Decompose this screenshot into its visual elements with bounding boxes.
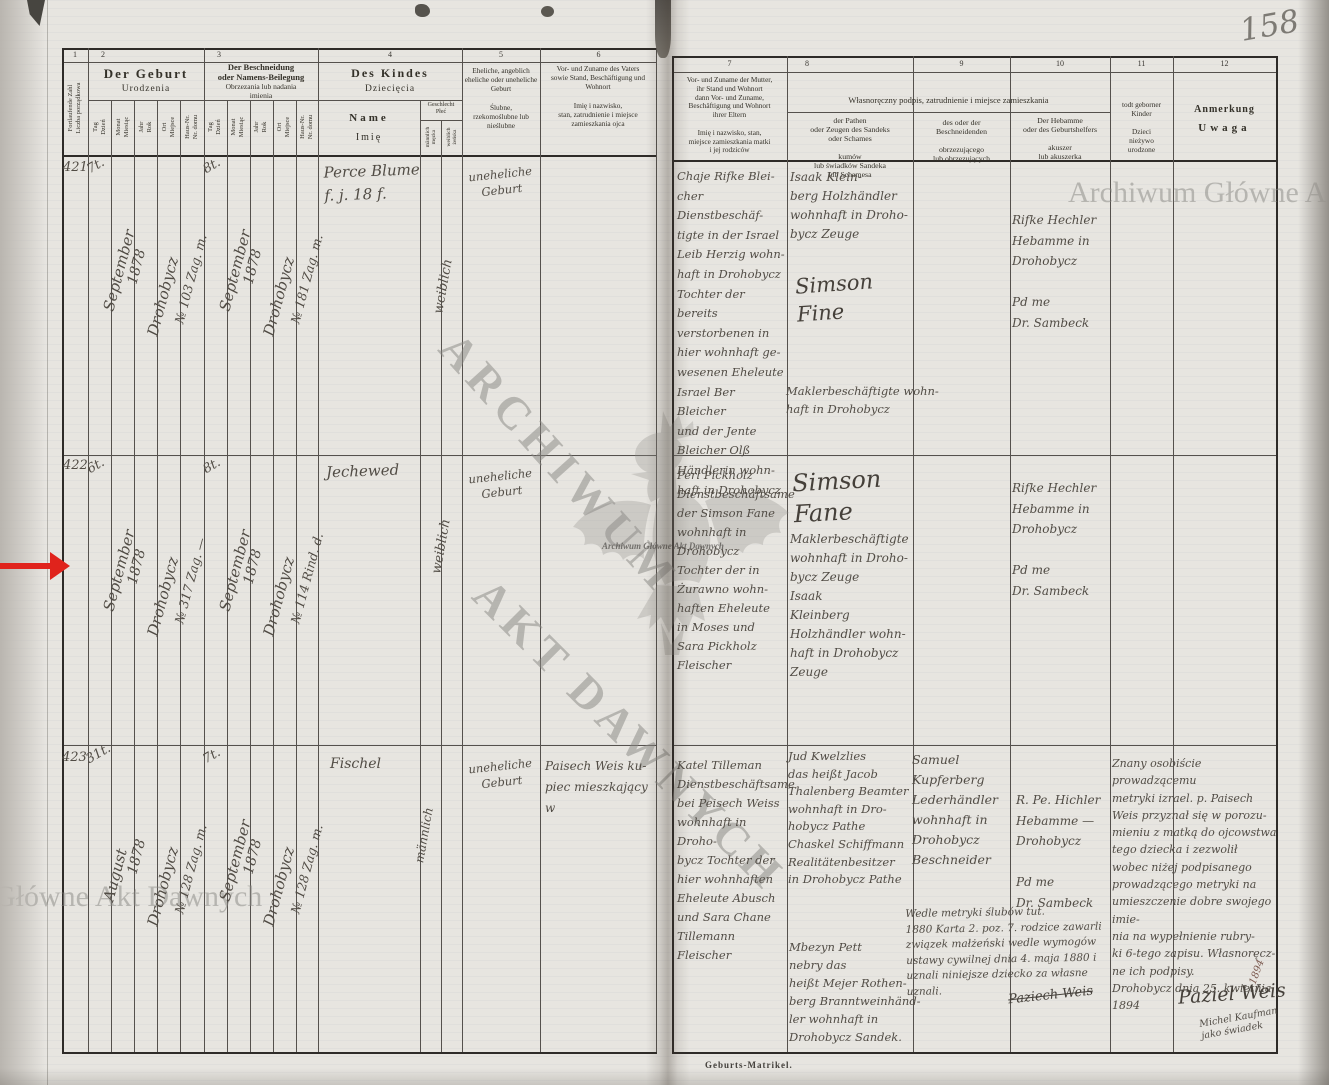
birth-year: 1878 bbox=[125, 837, 150, 876]
column-number-5: 5 bbox=[462, 50, 540, 59]
column-number-1: 1 bbox=[62, 50, 88, 59]
header-sex-label: Geschlecht Płeć bbox=[420, 102, 462, 116]
header-col12-label-pl: Uwaga bbox=[1173, 122, 1276, 134]
circumcision-place: Drohobycz bbox=[260, 255, 298, 338]
left-page-edge-shading bbox=[0, 0, 46, 1085]
sandek-entry: Mbezyn Pett nebry das heißt Mejer Rothen… bbox=[789, 938, 921, 1046]
header-birth-sub-place: Ort Miejsce bbox=[159, 101, 179, 153]
child-name: Perce Blume f. j. 18 f. bbox=[323, 158, 421, 207]
legitimacy-note: uneheliche Geburt bbox=[463, 162, 540, 202]
circumcision-place: Drohobycz bbox=[260, 555, 298, 638]
mother-entry: Chaje Rifke Blei- cher Dienstbeschäf- ti… bbox=[677, 167, 785, 500]
father-entry: Paisech Weis ku- piec mieszkający w bbox=[545, 756, 659, 819]
column-number-11: 11 bbox=[1110, 59, 1173, 68]
child-gender: weiblich bbox=[431, 258, 455, 315]
circumcision-house: № 128 Zag. m. bbox=[288, 823, 326, 915]
header-col3-subtitle: Obrzezania lub nadania imienia bbox=[204, 83, 318, 100]
column-number-8: 8 bbox=[787, 59, 827, 68]
header-birth-sub-house: Haus-Nr. Nr. domu bbox=[182, 101, 202, 153]
header-name-label-pl: Imię bbox=[318, 132, 420, 143]
marriage-legitimation-note: Wedle metryki ślubów tut. 1880 Karta 2. … bbox=[905, 903, 1137, 1000]
header-col1-label: Fortlaufende Zahl Liczba porządkowa bbox=[66, 60, 84, 156]
red-arrow-shaft bbox=[0, 563, 52, 569]
mother-entry: Katel Tilleman Dienstbeschäftsame bei Pe… bbox=[677, 756, 785, 965]
column-number-12: 12 bbox=[1173, 59, 1276, 68]
birth-place: Drohobycz bbox=[144, 255, 182, 338]
header-group-subtitle: Własnoręczny podpis, zatrudnienie i miej… bbox=[787, 95, 1110, 105]
circumciser-entry: Samuel Kupferberg Lederhändler wohnhaft … bbox=[912, 750, 998, 870]
header-name-label-de: Name bbox=[318, 112, 420, 124]
column-number-3: 3 bbox=[204, 50, 234, 59]
left-crease-line bbox=[47, 0, 48, 1085]
header-col6-text: Vor- und Zuname des Vaters sowie Stand, … bbox=[540, 64, 656, 128]
header-circ-sub-place: Ort Miejsce bbox=[274, 101, 294, 153]
legitimacy-note: uneheliche Geburt bbox=[463, 754, 540, 794]
column-number-10: 10 bbox=[1010, 59, 1110, 68]
circumcision-house: № 181 Zag. m. bbox=[288, 233, 326, 325]
witness-entry: Maklerbeschäftigte wohn- haft in Drohoby… bbox=[786, 382, 939, 418]
entry-number: 422 bbox=[63, 458, 88, 473]
witness-signature: Simson Fine bbox=[794, 267, 876, 328]
right-page-edge-shading bbox=[1298, 0, 1329, 1085]
header-col4-subtitle: Dziecięcia bbox=[318, 84, 462, 94]
header-col4-title: Des Kindes bbox=[318, 66, 462, 81]
column-number-4: 4 bbox=[318, 50, 462, 59]
header-col2-subtitle: Urodzenia bbox=[88, 84, 204, 94]
entry-number: 421 bbox=[63, 160, 88, 175]
torn-paper-mark bbox=[541, 6, 554, 17]
midwife-entry: R. Pe. Hichler Hebamme — Drohobycz Pd me… bbox=[1016, 790, 1100, 913]
binding-fold-shadow bbox=[646, 0, 690, 1085]
header-col2-title: Der Geburt bbox=[88, 66, 204, 82]
witness-entry: Jud Kwelzlies das heißt Jacob Thalenberg… bbox=[788, 748, 908, 889]
witness-entry: Maklerbeschäftigte wohnhaft in Droho- by… bbox=[790, 530, 909, 682]
watermark-top-right: Archiwum Główne Akt bbox=[1068, 176, 1329, 210]
mother-entry: Perl Pickholz Dienstbeschäftsame der Sim… bbox=[677, 466, 785, 675]
child-name: Fischel bbox=[330, 756, 381, 772]
header-circ-sub-year: Jahr Rok bbox=[251, 101, 271, 153]
witness-entry: Isaak Klein- berg Holzhändler wohnhaft i… bbox=[790, 168, 908, 244]
scanned-register-page: ARCHIWUM AKT DAWNYCH Archiwum Główne Akt… bbox=[0, 0, 1329, 1085]
header-birth-sub-year: Jahr Rok bbox=[136, 101, 156, 153]
header-birth-sub-month: Monat Miesiąc bbox=[113, 101, 133, 153]
header-circ-sub-month: Monat Miesiąc bbox=[228, 101, 248, 153]
red-arrow-head bbox=[50, 552, 70, 580]
child-gender: weiblich bbox=[429, 518, 453, 575]
circumcision-house: № 114 Rind. d. bbox=[288, 531, 327, 625]
column-number-9: 9 bbox=[913, 59, 1010, 68]
column-number-6: 6 bbox=[540, 50, 657, 59]
header-col5-text: Eheliche, angeblich eheliche oder unehel… bbox=[462, 66, 540, 130]
bottom-edge-shading bbox=[0, 1068, 1329, 1085]
header-sex-female-label: weiblich żeńska bbox=[445, 120, 459, 154]
header-birth-sub-day: Tag Dzień bbox=[90, 101, 110, 153]
midwife-entry: Rifke Hechler Hebamme in Drohobycz Pd me… bbox=[1012, 210, 1096, 333]
witness-signature: Simson Fane bbox=[791, 464, 883, 531]
header-sex-male-label: männlich męzka bbox=[424, 120, 438, 154]
header-col10-text: Der Hebamme oder des Geburtshelfers akus… bbox=[1010, 116, 1110, 161]
entry-number: 423 bbox=[62, 750, 87, 765]
child-gender: männlich bbox=[412, 806, 436, 864]
header-col3-title: Der Beschneidung oder Namens-Beilegung bbox=[204, 63, 318, 82]
header-col11-text: todt geborner Kinder Dzieci nieżywo urod… bbox=[1110, 100, 1173, 154]
midwife-entry: Rifke Hechler Hebamme in Drohobycz Pd me… bbox=[1012, 478, 1096, 601]
header-col9-text: des oder der Beschneidenden obrzezująceg… bbox=[913, 118, 1010, 163]
header-circ-sub-day: Tag Dzień bbox=[205, 101, 225, 153]
circumcision-place: Drohobycz bbox=[260, 845, 298, 928]
page-number: 158 bbox=[1237, 3, 1302, 49]
birth-place: Drohobycz bbox=[144, 555, 182, 638]
legitimacy-note: uneheliche Geburt bbox=[463, 464, 540, 504]
child-name: Jechewed bbox=[326, 461, 400, 482]
torn-paper-mark bbox=[415, 4, 430, 17]
header-circ-sub-house: Haus-Nr. Nr. domu bbox=[297, 101, 317, 153]
column-number-2: 2 bbox=[88, 50, 118, 59]
header-col12-label-de: Anmerkung bbox=[1173, 104, 1276, 115]
